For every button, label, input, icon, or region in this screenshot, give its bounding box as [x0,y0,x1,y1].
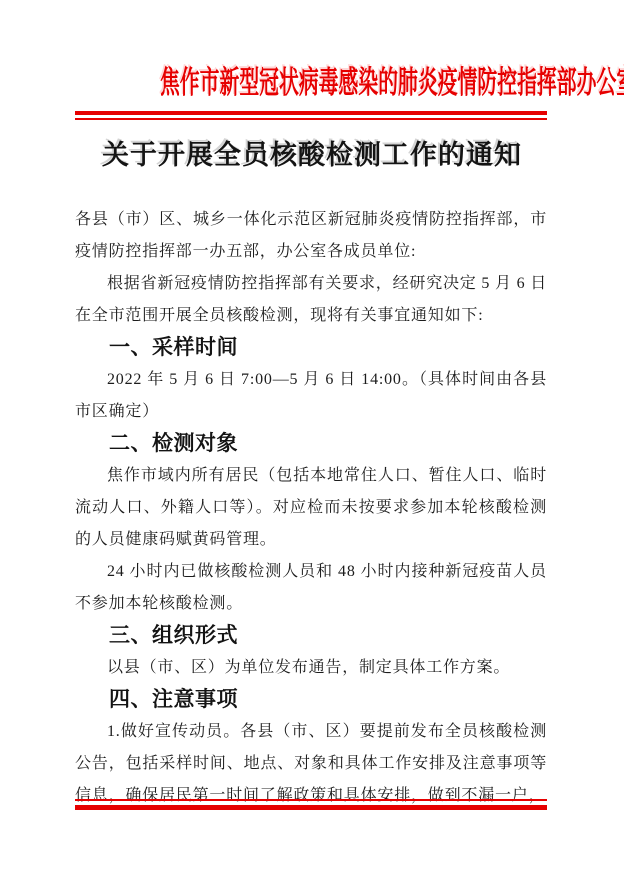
document-page: 焦作市新型冠状病毒感染的肺炎疫情防控指挥部办公室 关于开展全员核酸检测工作的通知… [0,0,624,870]
letterhead: 焦作市新型冠状病毒感染的肺炎疫情防控指挥部办公室 [75,60,547,106]
section-heading-1: 一、采样时间 [75,332,547,364]
letterhead-org-name: 焦作市新型冠状病毒感染的肺炎疫情防控指挥部办公室 [160,60,462,106]
salutation-paragraph: 各县（市）区、城乡一体化示范区新冠肺炎疫情防控指挥部，市疫情防控指挥部一办五部，… [75,204,547,268]
document-body: 各县（市）区、城乡一体化示范区新冠肺炎疫情防控指挥部，市疫情防控指挥部一办五部，… [75,204,547,812]
header-rule-thick [75,111,547,115]
section-1-paragraph: 2022 年 5 月 6 日 7:00—5 月 6 日 14:00。（具体时间由… [75,364,547,428]
section-4-paragraph: 1.做好宣传动员。各县（市、区）要提前发布全员核酸检测公告，包括采样时间、地点、… [75,716,547,812]
section-heading-2: 二、检测对象 [75,428,547,460]
section-2-paragraph-2: 24 小时内已做核酸检测人员和 48 小时内接种新冠疫苗人员不参加本轮核酸检测。 [75,556,547,620]
section-heading-3: 三、组织形式 [75,620,547,652]
footer-rule-thick [75,805,547,810]
header-rule-thin [75,118,547,120]
document-title: 关于开展全员核酸检测工作的通知 [0,138,624,172]
section-2-paragraph-1: 焦作市域内所有居民（包括本地常住人口、暂住人口、临时流动人口、外籍人口等）。对应… [75,460,547,556]
section-heading-4: 四、注意事项 [75,684,547,716]
footer-rule-thin [75,799,547,801]
intro-paragraph: 根据省新冠疫情防控指挥部有关要求，经研究决定 5 月 6 日在全市范围开展全员核… [75,268,547,332]
section-3-paragraph: 以县（市、区）为单位发布通告，制定具体工作方案。 [75,652,547,684]
